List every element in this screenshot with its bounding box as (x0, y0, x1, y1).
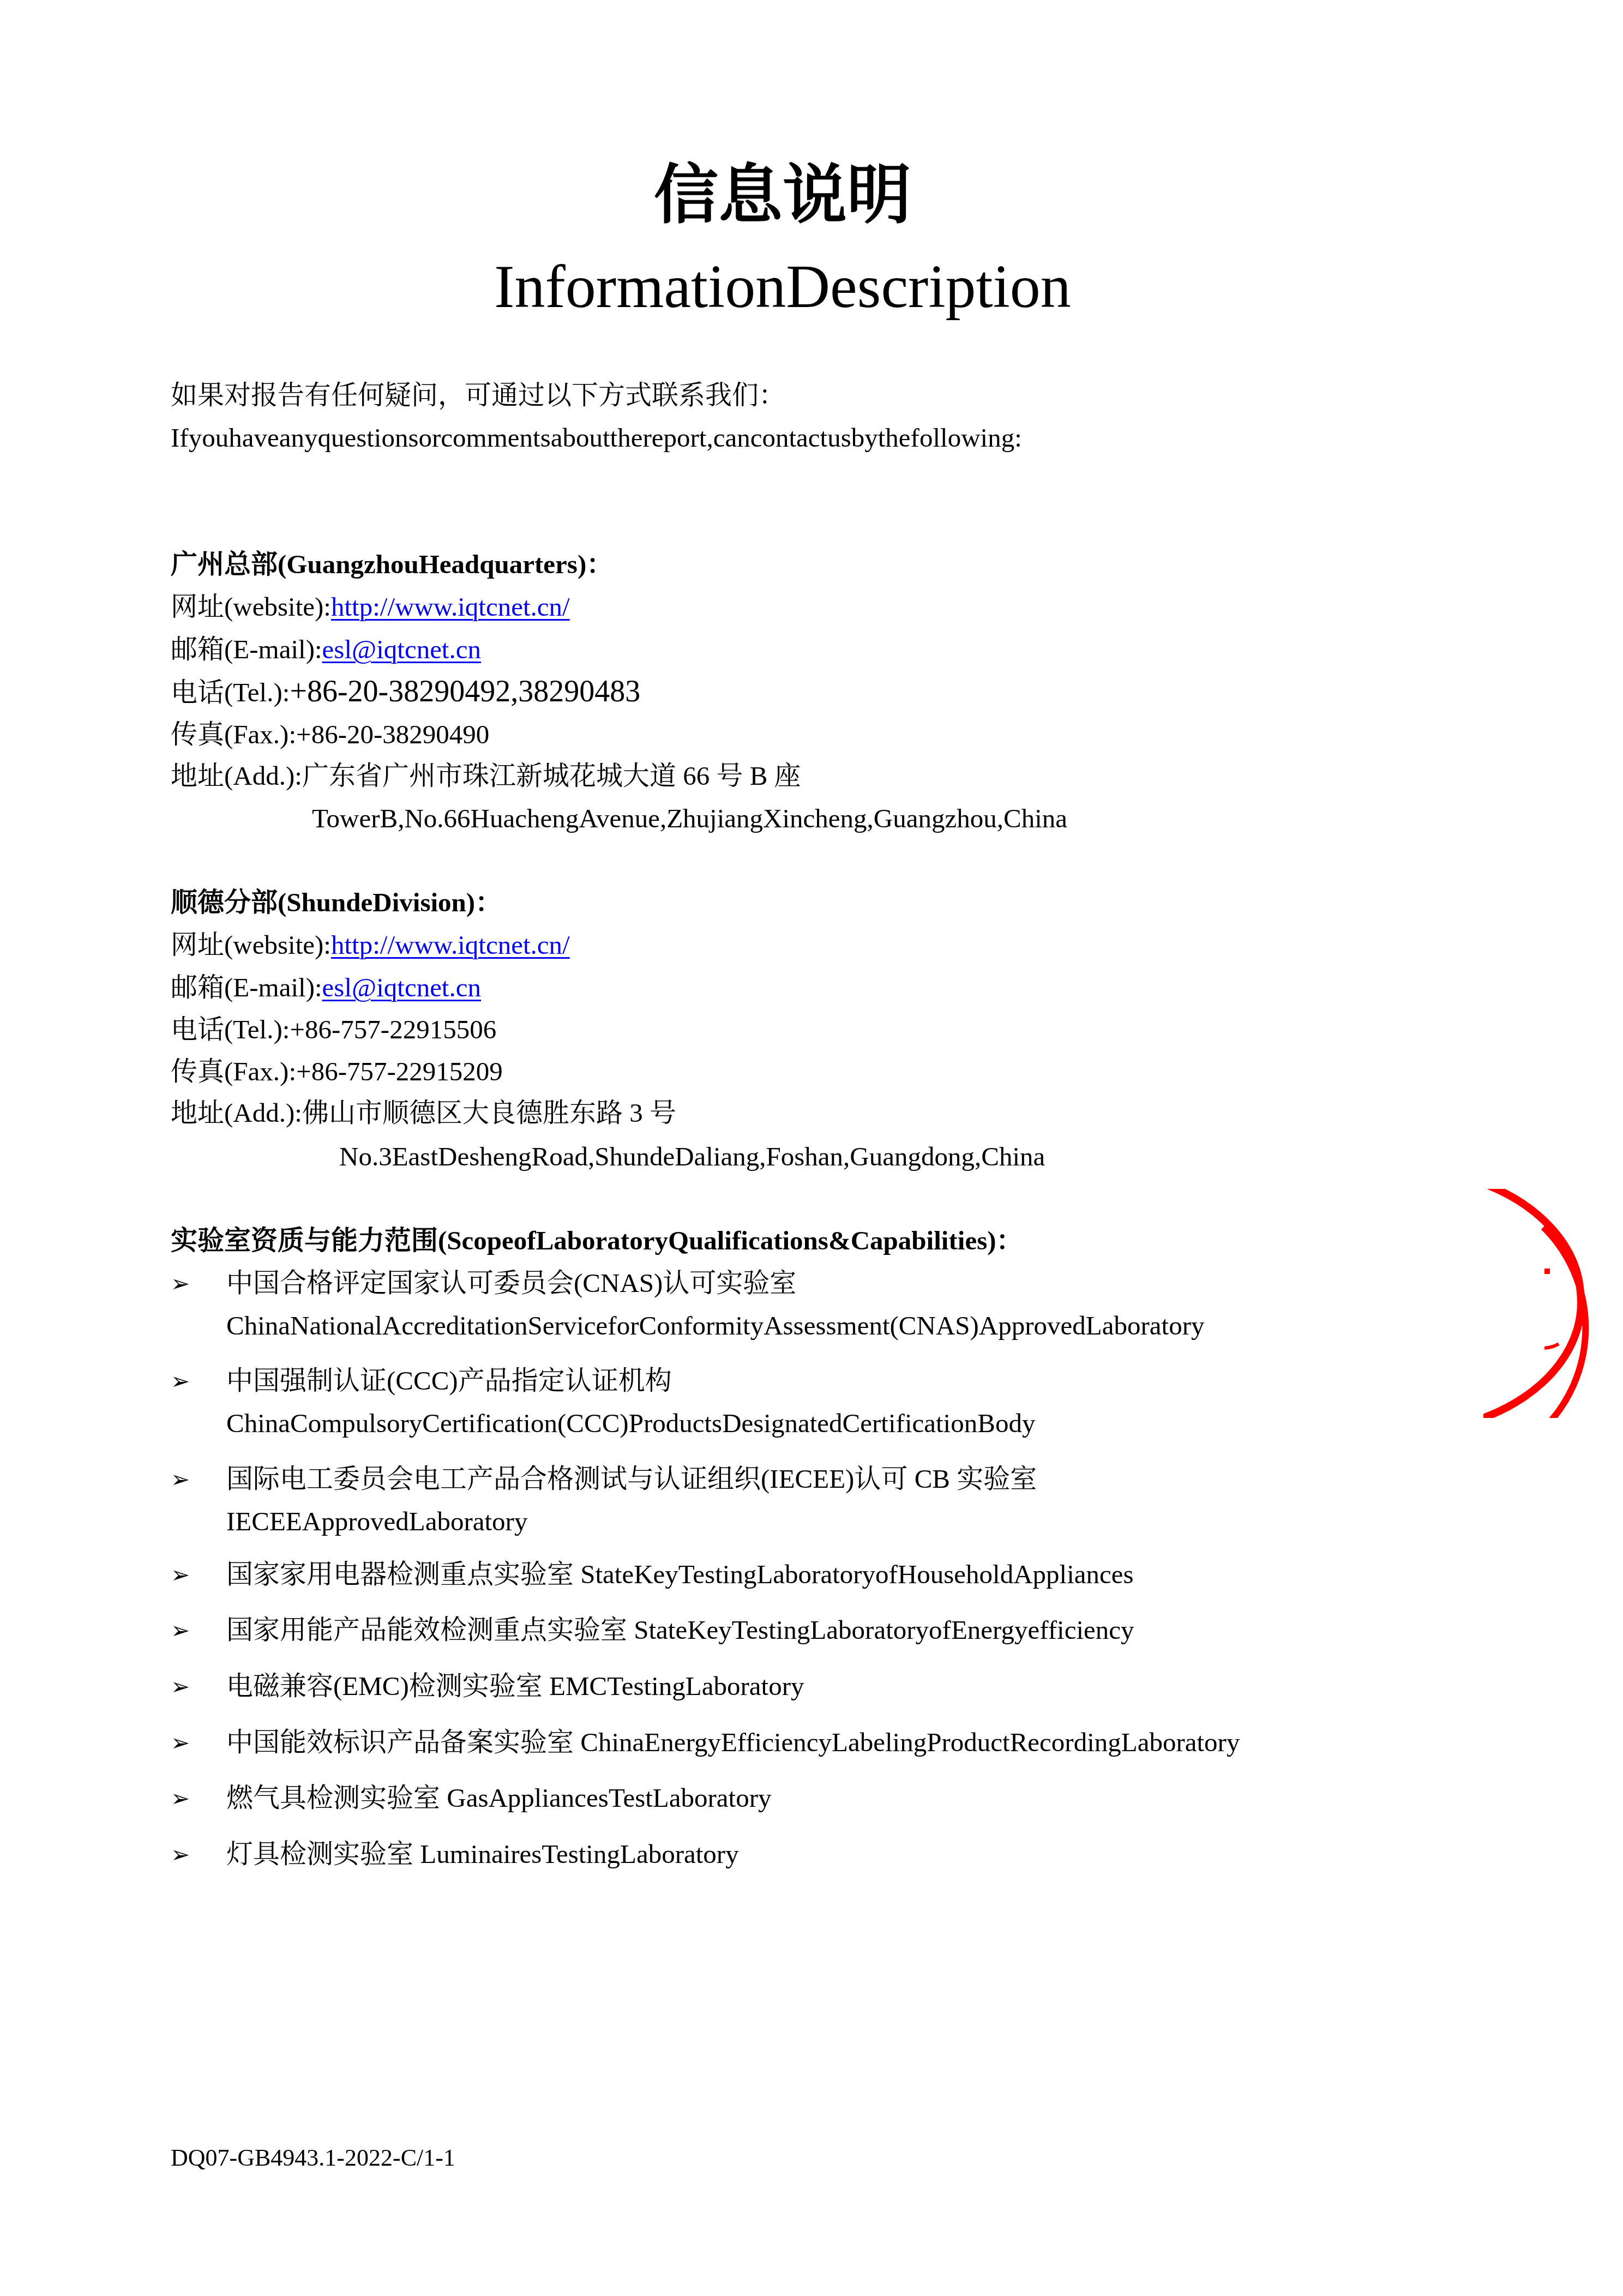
shunde-email-link[interactable]: esl@iqtcnet.cn (322, 972, 481, 1002)
shunde-website-link[interactable]: http://www.iqtcnet.cn/ (331, 930, 570, 960)
hq-tel-value: +86-20-38290492,38290483 (290, 675, 640, 708)
scope-item-cn: 中国强制认证(CCC)产品指定认证机构 (226, 1367, 672, 1394)
bullet-arrow-icon: ➢ (171, 1371, 190, 1393)
scope-item-cn: 中国合格评定国家认可委员会(CNAS)认可实验室 (226, 1270, 796, 1296)
red-seal-stamp (1483, 1189, 1614, 1418)
scope-heading: 实验室资质与能力范围(ScopeofLaboratoryQualificatio… (171, 1227, 1023, 1254)
scope-item: 灯具检测实验室 LuminairesTestingLaboratory (226, 1841, 739, 1867)
bullet-arrow-icon: ➢ (171, 1564, 190, 1587)
shunde-website-label: 网址(website): (171, 930, 331, 960)
shunde-heading: 顺德分部(ShundeDivision)： (171, 889, 502, 916)
hq-email-label: 邮箱(E-mail): (171, 634, 322, 664)
scope-item-en: ChinaCompulsoryCertification(CCC)Product… (226, 1410, 1035, 1436)
footer-doc-code: DQ07-GB4943.1-2022-C/1-1 (171, 2146, 455, 2170)
hq-fax-row: 传真(Fax.):+86-20-38290490 (171, 721, 489, 748)
shunde-address-en: No.3EastDeshengRoad,ShundeDaliang,Foshan… (339, 1143, 1045, 1170)
bullet-arrow-icon: ➢ (171, 1469, 190, 1492)
shunde-email-row: 邮箱(E-mail):esl@iqtcnet.cn (171, 974, 481, 1001)
page-title-cn: 信息说明 (0, 164, 1565, 228)
shunde-tel-value: +86-757-22915506 (290, 1014, 496, 1044)
scope-item: 中国能效标识产品备案实验室 ChinaEnergyEfficiencyLabel… (226, 1729, 1240, 1756)
page-title-en: InformationDescription (0, 256, 1565, 317)
scope-item-cn: 国际电工委员会电工产品合格测试与认证组织(IECEE)认可 CB 实验室 (226, 1465, 1037, 1492)
shunde-tel-row: 电话(Tel.):+86-757-22915506 (171, 1016, 496, 1043)
bullet-arrow-icon: ➢ (171, 1844, 190, 1867)
hq-address-cn: 广东省广州市珠江新城花城大道 66 号 B 座 (302, 761, 801, 791)
hq-fax-value: +86-20-38290490 (296, 719, 489, 749)
scope-item: 国家家用电器检测重点实验室 StateKeyTestingLaboratoryo… (226, 1561, 1134, 1588)
hq-website-label: 网址(website): (171, 592, 331, 622)
shunde-address-row: 地址(Add.):佛山市顺德区大良德胜东路 3 号 (171, 1099, 676, 1126)
hq-address-en: TowerB,No.66HuachengAvenue,ZhujiangXinch… (312, 805, 1067, 832)
shunde-fax-value: +86-757-22915209 (296, 1056, 503, 1086)
scope-item: 电磁兼容(EMC)检测实验室 EMCTestingLaboratory (226, 1673, 804, 1699)
hq-address-row: 地址(Add.):广东省广州市珠江新城花城大道 66 号 B 座 (171, 762, 801, 789)
intro-cn: 如果对报告有任何疑问，可通过以下方式联系我们： (171, 382, 785, 408)
shunde-website-row: 网址(website):http://www.iqtcnet.cn/ (171, 931, 570, 958)
hq-tel-row: 电话(Tel.):+86-20-38290492,38290483 (171, 676, 640, 707)
hq-fax-label: 传真(Fax.): (171, 719, 296, 749)
hq-heading: 广州总部(GuangzhouHeadquarters)： (171, 551, 613, 578)
hq-website-link[interactable]: http://www.iqtcnet.cn/ (331, 592, 570, 622)
scope-item: 燃气具检测实验室 GasAppliancesTestLaboratory (226, 1784, 772, 1811)
hq-tel-label: 电话(Tel.): (171, 677, 290, 707)
shunde-address-label: 地址(Add.): (171, 1098, 302, 1128)
bullet-arrow-icon: ➢ (171, 1732, 190, 1755)
bullet-arrow-icon: ➢ (171, 1788, 190, 1811)
hq-email-link[interactable]: esl@iqtcnet.cn (322, 634, 481, 664)
shunde-fax-label: 传真(Fax.): (171, 1056, 296, 1086)
intro-en: Ifyouhaveanyquestionsorcommentsaboutther… (171, 424, 1022, 451)
hq-email-row: 邮箱(E-mail):esl@iqtcnet.cn (171, 636, 481, 663)
bullet-arrow-icon: ➢ (171, 1676, 190, 1699)
shunde-tel-label: 电话(Tel.): (171, 1014, 290, 1044)
scope-item: 国家用能产品能效检测重点实验室 StateKeyTestingLaborator… (226, 1616, 1134, 1643)
stamp-arc-icon (1483, 1189, 1614, 1418)
scope-item-en: IECEEApprovedLaboratory (226, 1508, 527, 1535)
shunde-email-label: 邮箱(E-mail): (171, 972, 322, 1002)
shunde-fax-row: 传真(Fax.):+86-757-22915209 (171, 1058, 503, 1085)
scope-item-en: ChinaNationalAccreditationServiceforConf… (226, 1312, 1205, 1339)
bullet-arrow-icon: ➢ (171, 1273, 190, 1296)
hq-website-row: 网址(website):http://www.iqtcnet.cn/ (171, 593, 570, 620)
bullet-arrow-icon: ➢ (171, 1620, 190, 1643)
hq-address-label: 地址(Add.): (171, 761, 302, 791)
shunde-address-cn: 佛山市顺德区大良德胜东路 3 号 (302, 1098, 676, 1128)
